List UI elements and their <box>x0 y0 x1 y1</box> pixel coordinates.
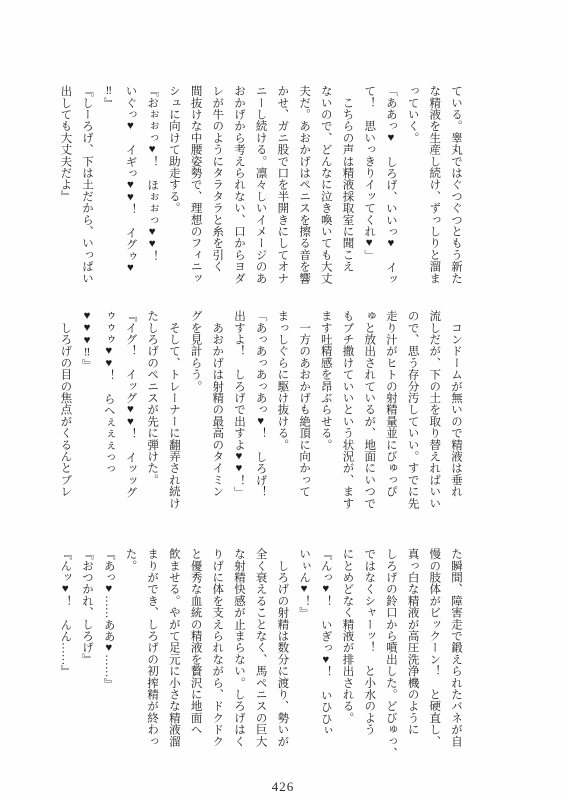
text-line: 『おぉぉっ♥！ ほぉぉっ♥♥！ <box>140 85 162 287</box>
text-line: りげに体を支えられながら、ドクドク <box>206 548 228 750</box>
text-line: た。 <box>119 548 141 750</box>
text-line: グを見計らう。 <box>184 310 206 512</box>
text-line: 『しーろげ、下は土だから、いっぱい <box>75 85 97 287</box>
text-line: 「ああっ♥ しろげ、いいっ♥ イッ <box>379 85 401 287</box>
text-line: 出すよ！ しろげで出すよ♥♥！」 <box>227 310 249 512</box>
text-line: ないので、どんなに泣き喚いても大丈 <box>314 85 336 287</box>
text-row-1: ている。睾丸ではぐつぐつともう新たな精液を生産し続け、ずっしりと溜まっていく。「… <box>54 85 466 287</box>
text-line: 飲ませる。やがて足元に小さな精液溜 <box>162 548 184 750</box>
text-line: たしろげのペニスが先に弾けた。 <box>140 310 162 512</box>
text-line: 間抜けな中腰姿勢で、理想のフィニッ <box>184 85 206 287</box>
text-line: にとめどなく精液が排出される。 <box>336 548 358 750</box>
text-line: レが牛のようにタラタラと糸を引く <box>206 85 228 287</box>
text-line: こちらの声は精液採取室に聞こえ <box>336 85 358 287</box>
text-line: ゅと放出されているが、地面にいつで <box>357 310 379 512</box>
text-line: 『あっ♥……ああ♥……』 <box>97 548 119 750</box>
text-line: ではなくシャーッ！ と小水のよう <box>357 548 379 750</box>
text-row-3: た瞬間、障害走で鍛えられたバネが自慢の肢体がビックーン！ と硬直し、真っ白な精液… <box>54 548 466 750</box>
text-line: まりができ、しろげの初搾精が終わっ <box>140 548 162 750</box>
text-line: しろげの射精は数分に渡り、勢いが <box>271 548 293 750</box>
text-line: 『んっ♥！ いぎっ♥！ いひひぃ <box>314 548 336 750</box>
novel-page: ている。睾丸ではぐつぐつともう新たな精液を生産し続け、ずっしりと溜まっていく。「… <box>0 0 566 800</box>
text-line: と優秀な血統の精液を贅沢に地面へ <box>184 548 206 750</box>
text-line: いぃん♥！』 <box>292 548 314 750</box>
text-line: 真っ白な精液が高圧洗浄機のように <box>401 548 423 750</box>
text-line: ので、思う存分汚していい。すでに先 <box>401 310 423 512</box>
text-line: 全く衰えることなく、馬ペニスの巨大 <box>249 548 271 750</box>
text-line: 走り汁がヒトの射精量並にびゅっぴ <box>379 310 401 512</box>
page-number: 426 <box>0 779 566 795</box>
text-line: いぐっ♥ イギっ♥♥！ イグゥ♥ <box>119 85 141 287</box>
text-line: コンドームが無いので精液は垂れ <box>444 310 466 512</box>
text-line: な精液を生産し続け、ずっしりと溜ま <box>423 85 445 287</box>
text-line: しろげの鈴口から噴出した。どびゅっ、 <box>379 548 401 750</box>
text-line: っていく。 <box>401 85 423 287</box>
text-line: ている。睾丸ではぐつぐつともう新た <box>444 85 466 287</box>
text-line: おかげから考えられない、口からヨダ <box>227 85 249 287</box>
text-line: 『おつかれ、しろげ』 <box>75 548 97 750</box>
text-line: まっしぐらに駆け抜ける。 <box>271 310 293 512</box>
text-line: ニーし続ける。凛々しいイメージのあ <box>249 85 271 287</box>
text-line: そして、トレーナーに翻弄され続け <box>162 310 184 512</box>
text-line: かせ、ガニ股で口を半開きにしてオナ <box>271 85 293 287</box>
text-line: た瞬間、障害走で鍛えられたバネが自 <box>444 548 466 750</box>
text-line: 一方のあおかげも絶頂に向かって <box>292 310 314 512</box>
text-line: な射精快感が止まらない。しろげはく <box>227 548 249 750</box>
text-line: 「あっあっあっあっ♥！ しろげ！ <box>249 310 271 512</box>
text-line: ‼』 <box>97 85 119 287</box>
text-line: ♥♥♥‼』 <box>75 310 97 512</box>
text-line: 『んッ♥！ んん……』 <box>54 548 76 750</box>
text-line: シュに向けて助走する。 <box>162 85 184 287</box>
text-line: 『イグ！ イッグ♥♥！ イッッグ <box>119 310 141 512</box>
text-line: て！ 思いっきりイッてくれ♥」 <box>357 85 379 287</box>
text-line: 慢の肢体がビックーン！ と硬直し、 <box>423 548 445 750</box>
text-line: 流しだが、下の土を取り替えればいい <box>423 310 445 512</box>
text-line: 出しても大丈夫だよ』 <box>54 85 76 287</box>
text-line: 夫だ。あおかげはペニスを擦る音を響 <box>292 85 314 287</box>
text-line: もブチ撒けていいという状況が、ます <box>336 310 358 512</box>
text-line: あおかげは射精の最高のタイミン <box>206 310 228 512</box>
text-line: しろげの目の焦点がくるんとブレ <box>54 310 76 512</box>
text-row-2: コンドームが無いので精液は垂れ流しだが、下の土を取り替えればいいので、思う存分汚… <box>54 310 466 512</box>
text-line: ゥゥゥ♥♥！ らへぇぇぇっっ <box>97 310 119 512</box>
text-line: ます吐精感を昂ぶらせる。 <box>314 310 336 512</box>
